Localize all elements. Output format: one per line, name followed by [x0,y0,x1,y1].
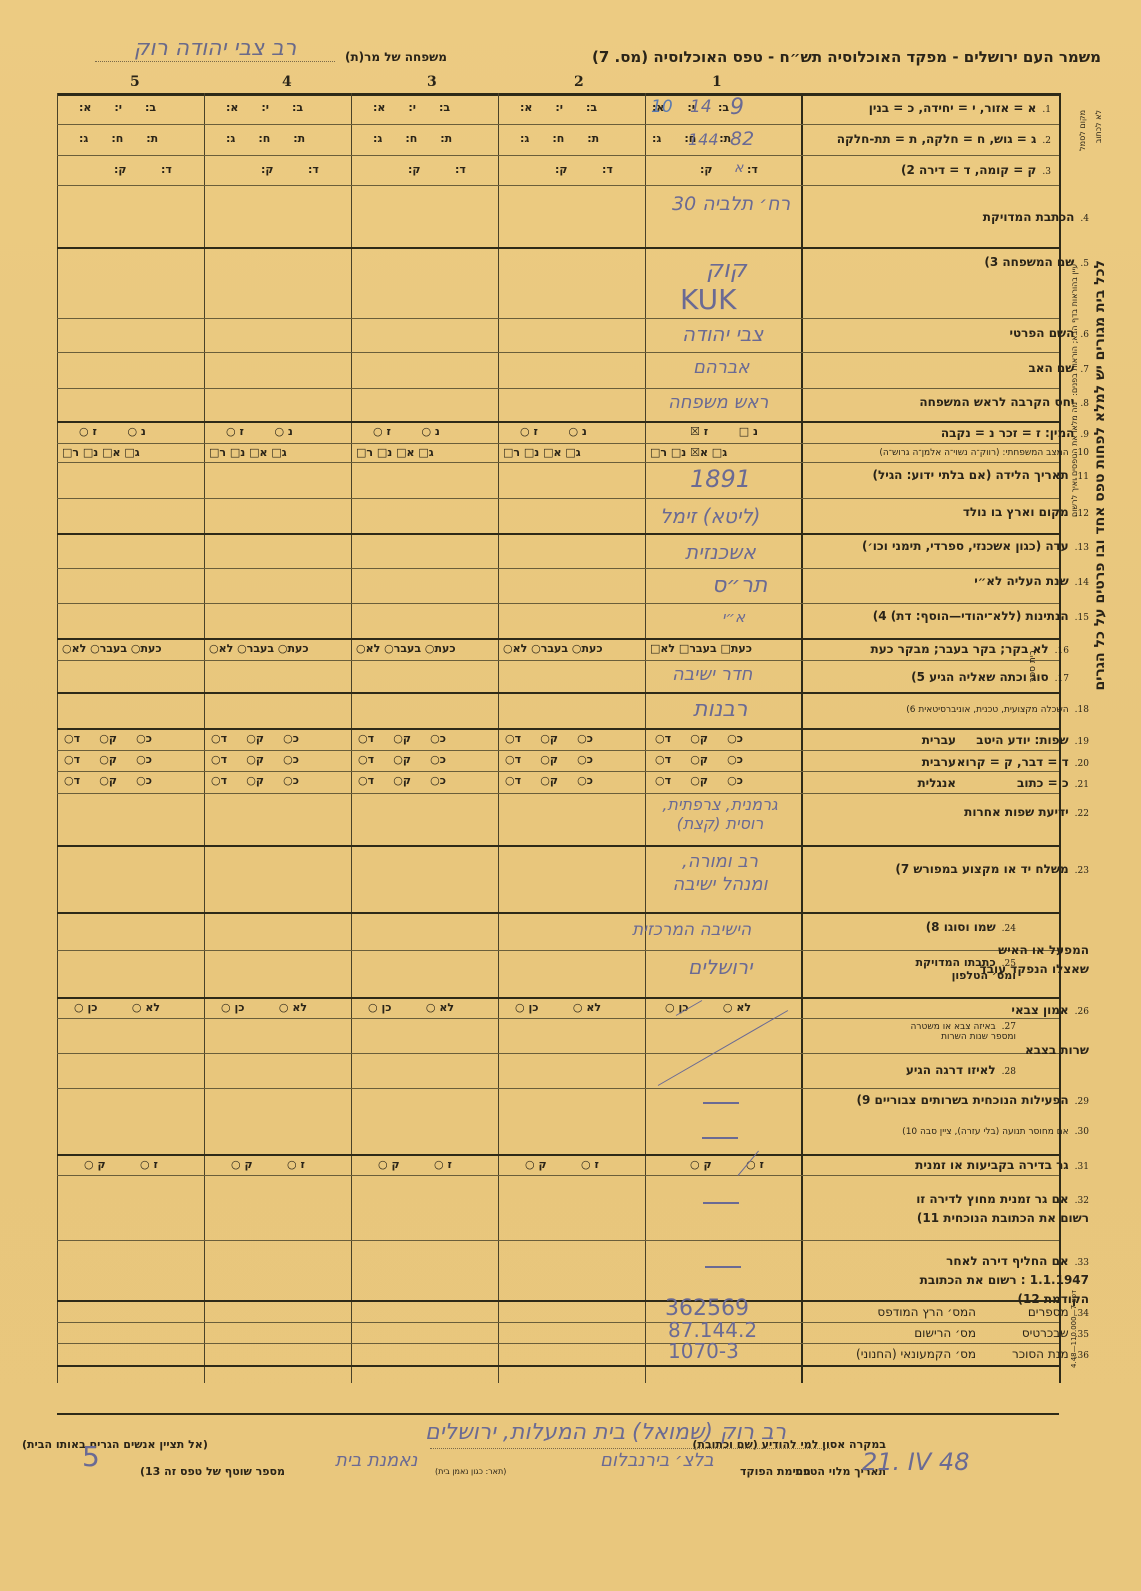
divider [57,462,1059,463]
question-20-label: 20.ד = דבר, ק = קרוא׳ [951,755,1089,769]
question-7-label: 7.שם האב [1028,361,1089,375]
col4-lang-20[interactable]: כ○ ק○ ד○ [211,753,299,766]
family-name-field[interactable]: רב צבי יהודה רוק [95,36,335,62]
col2-r3[interactable]: ד: ק: [555,163,613,176]
col2-r1[interactable]: ב: י: א: [520,101,597,114]
question-27-label: 27.באיזה צבא או משטרה ומספר שנות השרות [906,1022,1016,1042]
col1-school[interactable]: כעת□ בעבר□ לא□ [650,642,752,655]
question-26-label: 26.אמון צבאי [1011,1003,1089,1017]
divider [57,352,1059,353]
divider [57,1175,1059,1176]
informant-note: (תאר: כגון נאמן בית) [435,1467,506,1476]
column-number-4: 4 [282,74,292,90]
emergency-contact-field[interactable]: רב רוק (שמואל) בית המעלות, ירושלים [425,1420,786,1445]
p1-first-name[interactable]: צבי יהודה [682,322,763,346]
col3-r1[interactable]: ב: י: א: [373,101,450,114]
col3-lang-21[interactable]: כ○ ק○ ד○ [358,774,446,787]
p1-employer[interactable]: הישיבה המרכזית [632,920,751,940]
col4-military[interactable]: לא ○ כן ○ [221,1001,307,1014]
question-18-label: 18.השכלה מקצועית, טכנית, אוניברסיטאית 6) [906,705,1089,715]
p1-school-type[interactable]: חדר ישיבה [672,664,752,685]
divider [57,793,1059,794]
col4-lang-21[interactable]: כ○ ק○ ד○ [211,774,299,787]
factory-group-label-2: שאצלו הנפקד עובד [980,962,1089,976]
col2-school[interactable]: כעת○ בעבר○ לא○ [503,642,603,655]
question-19-label: 19.שפות: יודע היטב [976,733,1089,747]
p1-immobile [702,1137,738,1139]
p1-unit[interactable]: 14 [690,97,712,117]
question-23-label: 23.משלח יד או מקצוע במפורש 7) [895,862,1089,876]
p1-other-languages[interactable]: גרמנית, צרפתית, רוסית (קצת) [650,795,790,833]
divider [645,93,646,1383]
question-13-label: 13.עדה (כגון אשכנזי, ספרדי, תימני וכו׳) [862,539,1089,553]
col2-sex[interactable]: נ ○ ז ○ [520,425,587,438]
factory-group-label: המפעל או האיש [998,943,1089,957]
divider [57,124,1059,125]
divider [204,93,205,1383]
divider [351,93,352,1383]
col1-lang-20[interactable]: כ○ ק○ ד○ [655,753,743,766]
divider [57,1088,1059,1089]
p1-relation[interactable]: ראש משפחה [668,392,768,413]
p1-citizenship[interactable]: א״י [722,608,745,626]
divider [57,997,1059,999]
col5-lang-20[interactable]: כ○ ק○ ד○ [64,753,152,766]
divider [57,1343,1059,1344]
cards-group-b: 35.שבכרטיס [1022,1326,1089,1340]
school-group-label: בית ספר [1028,650,1038,683]
question-8-label: 8.יחס הקרבה לראש המשפחה [919,395,1089,409]
shared-number-field[interactable]: 5 [82,1440,100,1473]
lang-english-label: אנגלית [917,776,956,790]
p1-block[interactable]: 82 [730,128,754,150]
divider [57,1413,1059,1415]
army-group-label: שרות בצבא [1025,1043,1089,1057]
shared-number-label: מספר שוטף של טפס זה 13) [140,1465,285,1478]
col5-residence[interactable]: ז ○ ק ○ [84,1158,158,1171]
col5-military[interactable]: לא ○ כן ○ [74,1001,160,1014]
question-15-label: 15.הנתינות (ללא־יהודי—הוסף: דת) 4) [873,609,1089,623]
p1-employer-address[interactable]: ירושלים [688,955,753,979]
divider [57,388,1059,389]
column-number-1: 1 [712,74,722,90]
p1-community[interactable]: אשכנזית [685,540,756,564]
question-22-label: 22.ידיעת שפות אחרות [964,805,1089,819]
divider [57,498,1059,499]
col2-residence[interactable]: ז ○ ק ○ [525,1158,599,1171]
col5-r1[interactable]: ב: י: א: [79,101,156,114]
p1-parcel[interactable]: 144 [688,130,719,149]
divider [57,950,1059,951]
lang-hebrew-label: עברית [922,733,956,747]
divider [57,155,1059,156]
p1-address[interactable]: רח׳ תלביה 30 [672,193,790,215]
p1-temp-address [703,1202,739,1204]
col1-r3[interactable]: ד: ק: [700,163,758,176]
divider [57,185,1059,186]
col5-r3[interactable]: ד: ק: [114,163,172,176]
col4-school[interactable]: כעת○ בעבר○ לא○ [209,642,309,655]
p1-birthplace[interactable]: (ליטא) זימל [660,504,761,528]
census-signature-label: חתימת הפוקד [740,1465,811,1478]
col4-residence[interactable]: ז ○ ק ○ [231,1158,305,1171]
col4-sex[interactable]: נ ○ ז ○ [226,425,293,438]
divider [57,421,1059,423]
col1-lang-19[interactable]: כ○ ק○ ד○ [655,732,743,745]
question-17-label: 17.סוג וכתה שאליה הגיע 5) [911,670,1069,684]
column-number-2: 2 [574,74,584,90]
divider [57,912,1059,914]
col5-sex[interactable]: נ ○ ז ○ [79,425,146,438]
divider [57,660,1059,661]
col3-military[interactable]: לא ○ כן ○ [368,1001,454,1014]
divider [57,603,1059,604]
divider [57,1240,1059,1241]
print-code: 4.48—110.000—7 דפס [1070,1290,1078,1368]
divider [57,247,1059,249]
col2-lang-21[interactable]: כ○ ק○ ד○ [505,774,593,787]
p1-prev-address [705,1266,741,1268]
p1-father[interactable]: אברהם [693,357,749,378]
question-16-label: 16.לא בקר; בקר בעבר; מבקר כעת [871,642,1069,656]
col2-r2[interactable]: ת: ח: ג: [520,132,599,145]
question-34-label: המס׳ הרץ המודפס [877,1305,976,1319]
col4-lang-19[interactable]: כ○ ק○ ד○ [211,732,299,745]
divider [57,638,1059,640]
emergency-note: (אל תציין אנשים הגרים באותו הבית) [22,1438,208,1451]
side-box-note: מקום לסמל [1078,110,1087,151]
side-main-text: לכל בית מגורים יש למלא לפחות טפס אחד ובו… [1092,260,1108,691]
form-title: משמר העם ירושלים - מפקד האוכלוסיה תש״ח -… [592,48,1101,66]
divider [57,1154,1059,1156]
family-label: משפחה של מר(ת) [345,50,447,64]
question-29-label: 29.הפעילות הנוכחית בשרותים צבוריים 9) [857,1093,1089,1107]
question-3-label: 3.ק = קומה, ד = דירה 2) [901,163,1051,177]
col4-r1[interactable]: ב: י: א: [226,101,303,114]
divider [57,845,1059,847]
question-1-label: 1.א = אזור, י = יחידה, כ = בנין [869,101,1051,115]
side-instructions: עיין בהוראות בדף הבא; הוראות בפנים: "מה … [1070,260,1079,517]
census-signature-field[interactable]: בלצ׳ בירנבלום [600,1450,714,1471]
question-35-label: מס׳ הרישום [914,1326,976,1340]
question-9-label: 9.המין: ז = זכר נ = נקבה [941,426,1089,440]
side-box-label: לא לכתוב [1094,110,1103,143]
divider [57,1018,1059,1019]
question-24-label: 24.שמו וסוגו 8) [926,920,1016,934]
cards-group-a: 34.מספרים [1028,1305,1089,1319]
col5-marital[interactable]: ג□ א□ נ□ ר□ [62,446,140,459]
p1-area[interactable]: 9 [730,95,744,120]
divider [57,1322,1059,1323]
col2-lang-20[interactable]: כ○ ק○ ד○ [505,753,593,766]
p1-building[interactable]: 10 [651,97,673,117]
col5-r2[interactable]: ת: ח: ג: [79,132,158,145]
col5-school[interactable]: כעת○ בעבר○ לא○ [62,642,162,655]
date-field[interactable]: 21. IV 48 [862,1448,969,1476]
col2-military[interactable]: לא ○ כן ○ [515,1001,601,1014]
lang-arabic-label: ערבית [922,755,956,769]
p1-aliyah-year[interactable]: תר״ס [712,573,767,598]
col5-lang-21[interactable]: כ○ ק○ ד○ [64,774,152,787]
col5-lang-19[interactable]: כ○ ק○ ד○ [64,732,152,745]
col2-marital[interactable]: ג□ א□ נ□ ר□ [503,446,581,459]
col1-residence[interactable]: ז ○ ק ○ [690,1158,764,1171]
divider [57,771,1059,772]
divider [57,93,58,1383]
col3-marital[interactable]: ג□ א□ נ□ ר□ [356,446,434,459]
divider [57,1053,1059,1054]
col3-r2[interactable]: ת: ח: ג: [373,132,452,145]
question-11-label: 11.תאריך הלידה (אם בלתי ידוע: הגיל) [873,468,1089,482]
question-30-label: 30.אם מחוסר תנועה (בלי עזרה), ציין סבה 1… [902,1127,1089,1137]
census-form: משמר העם ירושלים - מפקד האוכלוסיה תש״ח -… [0,0,1141,1591]
divider [57,533,1059,535]
column-number-3: 3 [427,74,437,90]
col1-sex[interactable]: נ □ ז ☒ [690,425,758,438]
p1-surname-en[interactable]: KUK [680,283,736,316]
col3-school[interactable]: כעת○ בעבר○ לא○ [356,642,456,655]
question-36-label: מס׳ הקמעונאי (החנוני) [856,1347,976,1361]
col1-lang-21[interactable]: כ○ ק○ ד○ [655,774,743,787]
divider [57,443,1059,444]
question-2-label: 2.ג = גוש, ח = חלקה, ת = תת-חלקה [837,132,1051,146]
col3-lang-20[interactable]: כ○ ק○ ד○ [358,753,446,766]
col4-r3[interactable]: ד: ק: [261,163,319,176]
question-33-label: 33.אם החליף דירה לאחר 1.1.1947 : רשום את… [889,1252,1089,1310]
question-21-label: 21.כ = כתוב [1017,776,1089,790]
col2-lang-19[interactable]: כ○ ק○ ד○ [505,732,593,745]
divider [57,750,1059,751]
p1-floor[interactable]: א [734,160,743,176]
question-28-label: 28.לאיזו דרגה הגיע [906,1063,1016,1077]
p1-higher-ed[interactable]: רבנות [693,697,747,722]
p1-birth-year[interactable]: 1891 [690,465,751,493]
column-number-5: 5 [130,74,140,90]
col3-lang-19[interactable]: כ○ ק○ ד○ [358,732,446,745]
col1-marital[interactable]: ג□ א☒ נ□ ר□ [650,446,727,459]
p1-public-activity [703,1102,739,1104]
col3-sex[interactable]: נ ○ ז ○ [373,425,440,438]
divider [57,728,1059,730]
p1-sugar-ration[interactable]: 1070-3 [668,1339,739,1363]
divider [57,318,1059,319]
emergency-contact-line [430,1448,830,1449]
col4-r2[interactable]: ת: ח: ג: [226,132,305,145]
divider [498,93,499,1383]
informant-signature-field[interactable]: נאמנת בית [335,1450,418,1471]
question-32-label: 32.אם גר זמנית מחוץ לדירה זו רשום את הכת… [889,1190,1089,1228]
col3-r3[interactable]: ד: ק: [408,163,466,176]
question-4-label: 4.הכתבת המדויקת [983,210,1089,224]
question-31-label: 31.גר בדירה בקביעות או זמנית [915,1158,1089,1172]
col4-marital[interactable]: ג□ א□ נ□ ר□ [209,446,287,459]
question-10-label: 10.המצב המשפחתי: (רווק־ה נשוי־ה אלמן־ה ג… [879,448,1089,458]
divider [57,692,1059,694]
p1-surname-he[interactable]: קוק [706,255,747,283]
col3-residence[interactable]: ז ○ ק ○ [378,1158,452,1171]
divider [57,568,1059,569]
divider [57,1365,1059,1367]
col1-military[interactable]: לא ○ כן ○ [665,1001,751,1014]
divider [801,93,803,1383]
question-14-label: 14.שנת העליה לא״י [974,574,1089,588]
p1-occupation[interactable]: רב ומורה, ומנהל ישיבה [660,850,780,897]
